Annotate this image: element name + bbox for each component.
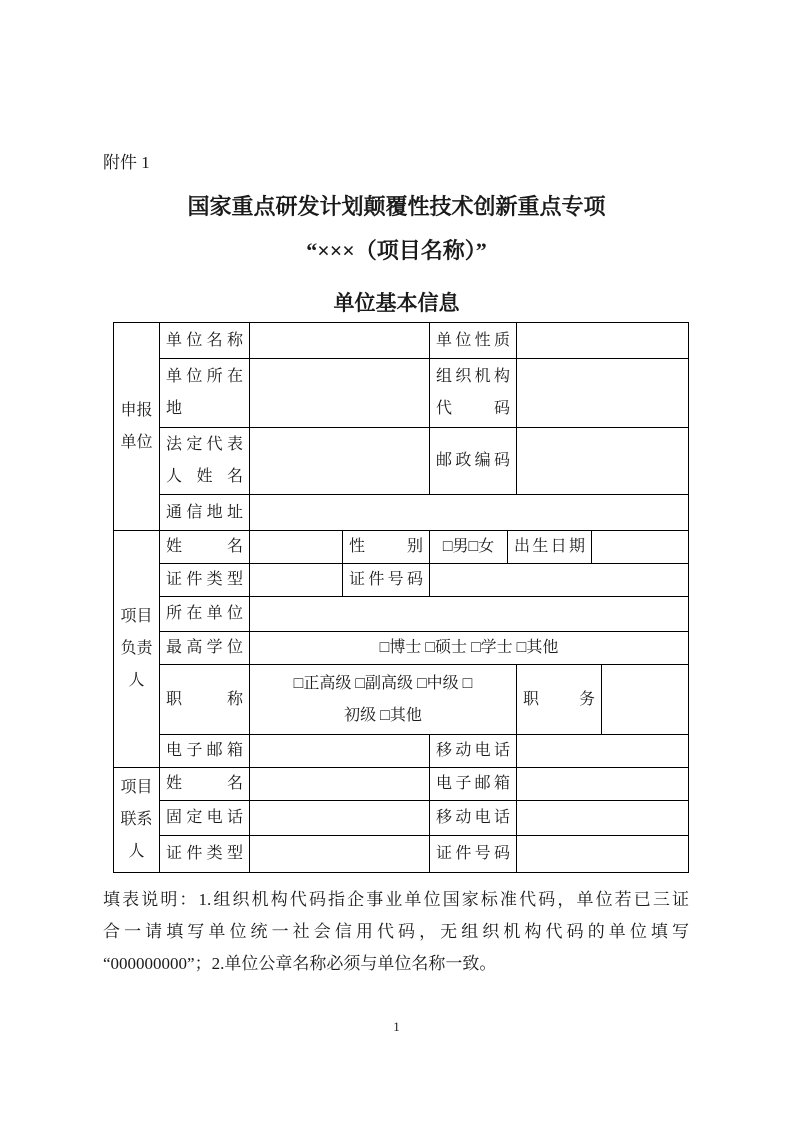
unit-nature-field[interactable] xyxy=(517,323,689,359)
attachment-label: 附件 1 xyxy=(103,152,793,174)
label-birth-date: 出生日期 xyxy=(508,531,592,564)
label-org-code: 组织机构 代码 xyxy=(430,359,517,428)
contact-email-field[interactable] xyxy=(517,768,689,801)
group-applicant-unit: 申报 单位 xyxy=(114,323,160,531)
page-number: 1 xyxy=(0,1018,793,1036)
postal-code-field[interactable] xyxy=(517,428,689,495)
work-unit-field[interactable] xyxy=(250,597,689,632)
unit-location-field[interactable] xyxy=(250,359,430,428)
id-type-field[interactable] xyxy=(250,564,343,597)
contact-mobile-field[interactable] xyxy=(517,801,689,836)
label-unit-name: 单位名称 xyxy=(160,323,250,359)
label-mailing-address: 通信地址 xyxy=(160,495,250,531)
label-contact-id-number: 证件号码 xyxy=(430,836,517,873)
mailing-address-field[interactable] xyxy=(250,495,689,531)
contact-landline-field[interactable] xyxy=(250,801,430,836)
label-highest-degree: 最高学位 xyxy=(160,632,250,665)
label-work-unit: 所在单位 xyxy=(160,597,250,632)
prof-title-checkbox-options[interactable]: □正高级 □副高级 □中级 □ 初级 □其他 xyxy=(250,665,517,735)
unit-name-field[interactable] xyxy=(250,323,430,359)
form-title: 单位基本信息 xyxy=(0,288,793,318)
unit-basic-info-table: 申报 单位 单位名称 单位性质 单位所在 地 组织机构 代码 法定代表 人姓名 … xyxy=(113,322,689,873)
group-project-leader: 项目 负责 人 xyxy=(114,531,160,768)
legal-rep-name-field[interactable] xyxy=(250,428,430,495)
label-postal-code: 邮政编码 xyxy=(430,428,517,495)
label-prof-title: 职称 xyxy=(160,665,250,735)
label-contact-email: 电子邮箱 xyxy=(430,768,517,801)
label-leader-email: 电子邮箱 xyxy=(160,735,250,768)
leader-mobile-field[interactable] xyxy=(517,735,689,768)
birth-date-field[interactable] xyxy=(592,531,689,564)
id-number-field[interactable] xyxy=(430,564,689,597)
org-code-field[interactable] xyxy=(517,359,689,428)
leader-name-field[interactable] xyxy=(250,531,343,564)
leader-email-field[interactable] xyxy=(250,735,430,768)
label-leader-mobile: 移动电话 xyxy=(430,735,517,768)
form-instructions: 填表说明：1.组织机构代码指企事业单位国家标准代码，单位若已三证 合一请填写单位… xyxy=(103,884,689,980)
label-id-type: 证件类型 xyxy=(160,564,250,597)
label-unit-nature: 单位性质 xyxy=(430,323,517,359)
contact-name-field[interactable] xyxy=(250,768,430,801)
form-instructions-line3: “000000000”；2.单位公章名称必须与单位名称一致。 xyxy=(103,948,689,980)
form-instructions-line1: 填表说明：1.组织机构代码指企事业单位国家标准代码，单位若已三证 xyxy=(103,884,689,916)
label-contact-mobile: 移动电话 xyxy=(430,801,517,836)
label-position: 职务 xyxy=(517,665,602,735)
label-legal-rep-name: 法定代表 人姓名 xyxy=(160,428,250,495)
document-title-line1: 国家重点研发计划颠覆性技术创新重点专项 xyxy=(0,192,793,222)
label-contact-id-type: 证件类型 xyxy=(160,836,250,873)
gender-checkbox-options[interactable]: □男□女 xyxy=(430,531,508,564)
label-contact-landline: 固定电话 xyxy=(160,801,250,836)
label-id-number: 证件号码 xyxy=(343,564,430,597)
contact-id-type-field[interactable] xyxy=(250,836,430,873)
label-gender: 性别 xyxy=(343,531,430,564)
contact-id-number-field[interactable] xyxy=(517,836,689,873)
form-instructions-line2: 合一请填写单位统一社会信用代码，无组织机构代码的单位填写 xyxy=(103,916,689,948)
document-title-line2: “×××（项目名称）” xyxy=(0,236,793,266)
degree-checkbox-options[interactable]: □博士 □硕士 □学士 □其他 xyxy=(250,632,689,665)
label-leader-name: 姓名 xyxy=(160,531,250,564)
label-contact-name: 姓名 xyxy=(160,768,250,801)
label-unit-location: 单位所在 地 xyxy=(160,359,250,428)
position-field[interactable] xyxy=(602,665,689,735)
group-project-contact: 项目 联系 人 xyxy=(114,768,160,873)
